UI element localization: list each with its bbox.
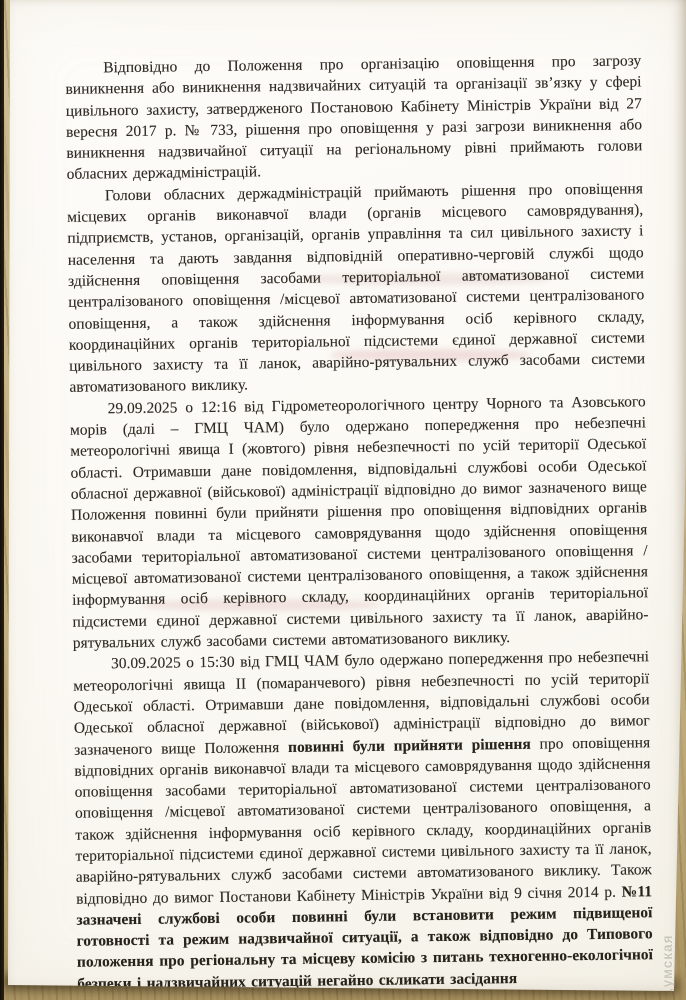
paragraph-3: 29.09.2025 о 12:16 від Гідрометеорологіч… (70, 391, 649, 654)
paragraph-4: 30.09.2025 о 15:30 від ГМЦ ЧАМ було одер… (73, 647, 653, 995)
paragraph-2: Голови обласних держадміністрацій прийма… (67, 178, 646, 398)
text-segment: Відповідно до Положення про організацію … (65, 52, 642, 183)
document-page: Відповідно до Положення про організацію … (0, 0, 686, 1000)
document-text-block: Відповідно до Положення про організацію … (65, 50, 653, 995)
photo-left-dark-edge (0, 0, 4, 1000)
text-segment: Голови обласних держадміністрацій прийма… (67, 180, 645, 396)
text-segment: про оповіщення відповідних органів викон… (74, 734, 652, 908)
bold-text-segment: повинні були прийняти рішення (288, 735, 531, 755)
paragraph-1: Відповідно до Положення про організацію … (65, 50, 643, 185)
text-segment: 29.09.2025 о 12:16 від Гідрометеорологіч… (70, 393, 649, 652)
